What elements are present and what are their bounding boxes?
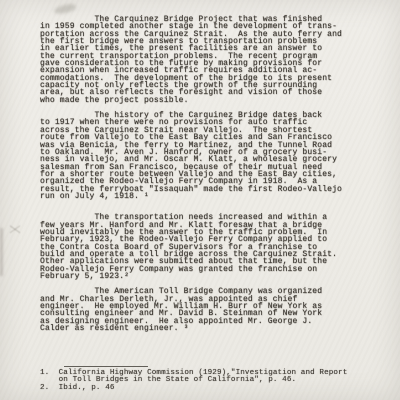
document-page: The Carquinez Bridge Project that was fi… (0, 0, 400, 400)
text-line: Calder as resident engineer. ³ (40, 325, 382, 332)
paragraph: The transportation needs increased and w… (40, 214, 382, 280)
footnote-separator (64, 366, 148, 367)
text-line: who made the project possible. (40, 97, 382, 104)
paragraph: The history of the Carquinez Bridge date… (40, 112, 382, 200)
footnotes: 1. California Highway Commission (1929),… (40, 366, 382, 392)
footnote-line: 2. Ibid., p. 46 (40, 385, 382, 392)
scan-streak (0, 228, 3, 276)
text-line: February 5, 1923.² (40, 273, 382, 280)
margin-mark (10, 222, 20, 236)
text-line: run on July 4, 1918. ¹ (40, 193, 382, 200)
footnote-lines: 1. California Highway Commission (1929),… (40, 370, 382, 392)
paragraph: The American Toll Bridge Company was org… (40, 288, 382, 332)
paragraph: The Carquinez Bridge Project that was fi… (40, 16, 382, 104)
pencil-smudge (53, 3, 76, 15)
body-text: The Carquinez Bridge Project that was fi… (40, 16, 382, 340)
